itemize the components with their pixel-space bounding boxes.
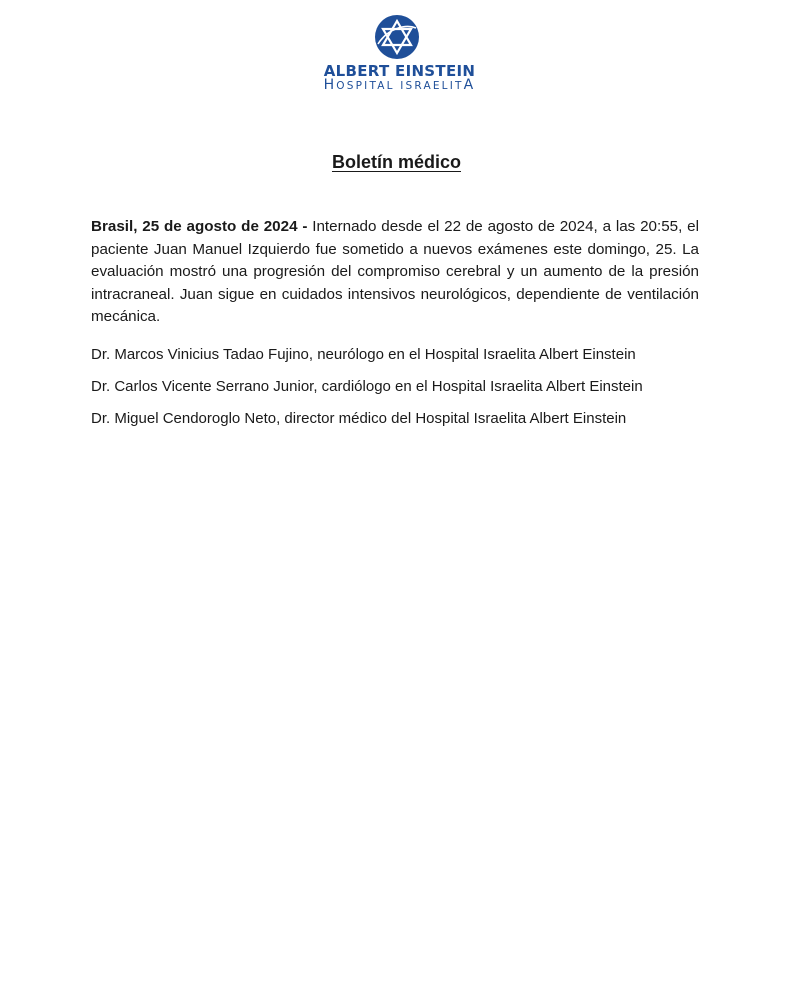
logo-subtitle: Hospital israelitA (0, 79, 793, 92)
signature-line: Dr. Marcos Vinicius Tadao Fujino, neuról… (91, 344, 711, 376)
star-of-david-globe-icon (374, 14, 420, 60)
logo-name: ALBERT EINSTEIN (0, 63, 793, 79)
dateline: Brasil, 25 de agosto de 2024 - (91, 218, 307, 235)
hospital-logo: ALBERT EINSTEIN Hospital israelitA (0, 14, 793, 92)
signatures: Dr. Marcos Vinicius Tadao Fujino, neuról… (91, 344, 711, 440)
signature-line: Dr. Carlos Vicente Serrano Junior, cardi… (91, 376, 711, 408)
signature-line: Dr. Miguel Cendoroglo Neto, director méd… (91, 408, 711, 440)
document-title: Boletín médico (0, 152, 793, 173)
bulletin-paragraph: Brasil, 25 de agosto de 2024 - Internado… (91, 216, 699, 329)
